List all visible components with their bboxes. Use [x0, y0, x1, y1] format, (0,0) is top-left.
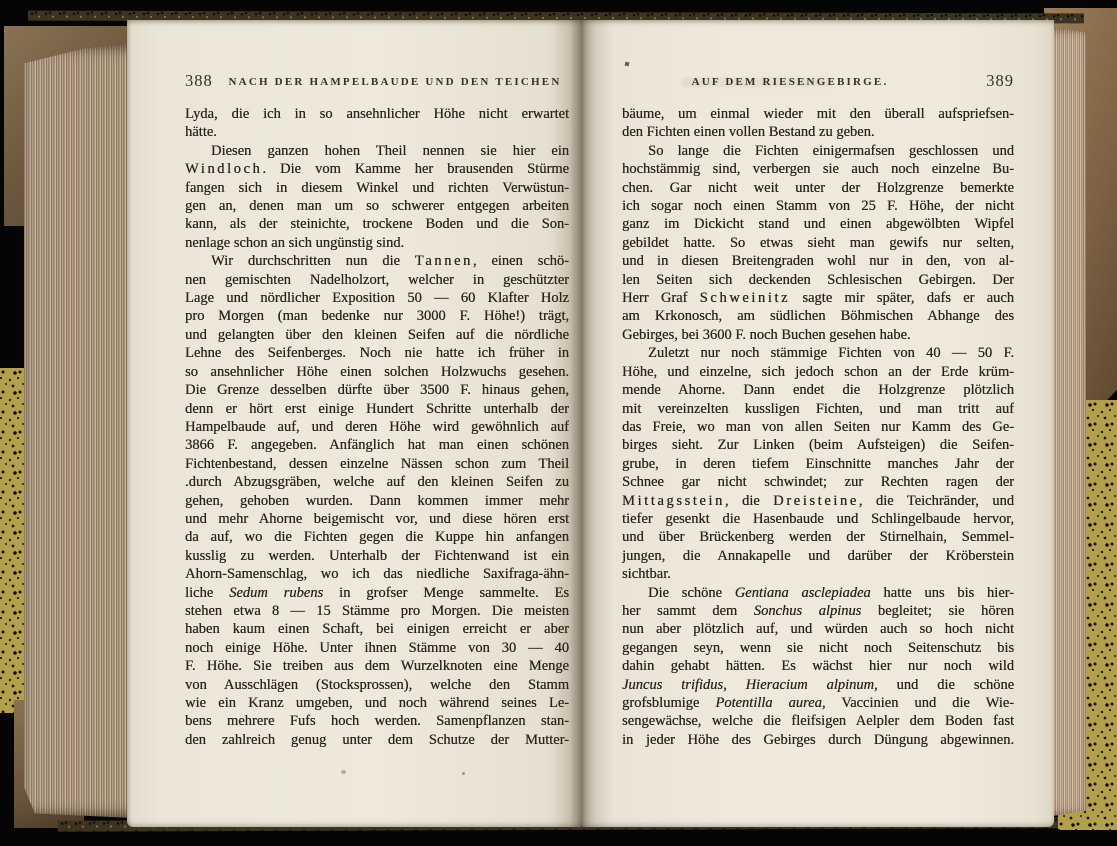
text-line: jungen, die Annakapelle und darüber der … [622, 547, 1014, 565]
text-line: ganz im Dickicht stand und einen abgewöl… [622, 215, 1014, 233]
page-left-content: 388 NACH DER HAMPELBAUDE UND DEN TEICHEN… [127, 20, 582, 827]
text-segment: Ahorn-Samenschlag, wo ich das niedliche … [185, 566, 569, 582]
text-line: ich sogar noch einen Stamm von 25 F. Höh… [622, 197, 1014, 215]
text-line: denn er hört erst einige Hundert Schritt… [185, 400, 569, 418]
text-segment: grofsblumige [622, 695, 715, 711]
text-segment: gen an, denen man um so schwerer entgege… [185, 198, 569, 214]
text-segment: mit vereinzelten kussligen Fichten, und … [622, 401, 1014, 417]
text-segment: Zuletzt nur noch stämmige Fichten von 40… [648, 345, 1014, 361]
show-through-smudge [682, 78, 832, 87]
text-line: Windloch. Die vom Kamme her brausenden S… [185, 160, 569, 178]
letterspaced-text: Mittagsstein [622, 493, 725, 509]
text-segment: sengewächse, welche die fleifsigen Aelpl… [622, 713, 1014, 729]
italic-text: Potentilla aurea [715, 695, 821, 711]
text-segment: da auf, wo die Fichten gegen die Kuppe h… [185, 529, 569, 545]
text-segment: den Fichten einen vollen Bestand zu gebe… [622, 124, 874, 140]
text-segment: bens mehrere Fufs hoch werden. Samenpfla… [185, 713, 569, 729]
letterspaced-text: Tannen [415, 253, 473, 269]
text-line: bens mehrere Fufs hoch werden. Samenpfla… [185, 712, 569, 730]
text-segment: birges sieht. Zur Linken (beim Aufsteige… [622, 437, 1014, 453]
text-segment: grube, in deren tiefem Einschnitte manch… [622, 456, 1014, 472]
text-segment: und in diesen Breitengraden wohl nur in … [622, 253, 1014, 269]
text-line: mende Ahorne. Dann endet die Holzgrenze … [622, 381, 1014, 399]
text-line: .durch Abzugsgräben, welche auf den klei… [185, 473, 569, 491]
paragraph: Diesen ganzen hohen Theil nennen sie hie… [185, 142, 569, 252]
text-line: tiefer gesenkt die Hasenbaude und Schlin… [622, 510, 1014, 528]
text-line: den zahlreich genug unter dem Schutze de… [185, 731, 569, 749]
text-line: Die schöne Gentiana asclepiadea hatte un… [622, 584, 1014, 602]
text-segment: das Freie, wo man von allen Seiten nur K… [622, 419, 1014, 435]
text-line: haben kaum einen Schaft, bei einigen err… [185, 620, 569, 638]
text-segment: nenlage schon an sich ungünstig sind. [185, 235, 404, 251]
text-line: Höhe, und einzelne, sich jedoch schon an… [622, 363, 1014, 381]
text-line: grube, in deren tiefem Einschnitte manch… [622, 455, 1014, 473]
page-left: 388 NACH DER HAMPELBAUDE UND DEN TEICHEN… [127, 20, 582, 827]
text-segment: Schnee gar nicht schwindet; zur Rechten … [622, 474, 1014, 490]
text-segment: , und die schöne [874, 677, 1014, 693]
text-segment: nen gemischten Nadelholzort, welcher in … [185, 272, 569, 288]
text-line: Zuletzt nur noch stämmige Fichten von 40… [622, 344, 1014, 362]
italic-text: Gentiana asclepiadea [735, 585, 871, 601]
text-line: gebildet hatte. So etwas sieht man gewif… [622, 234, 1014, 252]
text-segment: 3866 F. angegeben. Anfänglich hat man ei… [185, 437, 569, 453]
text-segment: So lange die Fichten einigermafsen gesch… [648, 143, 1014, 159]
text-line: Mittagsstein, die Dreisteine, die Teichr… [622, 492, 1014, 510]
text-line: fangen sich in diesem Winkel und richten… [185, 179, 569, 197]
text-segment: Die Grenze desselben dürfte über 3500 F.… [185, 382, 569, 398]
text-segment: , die [725, 493, 773, 509]
italic-text: Juncus trifidus [622, 677, 723, 693]
text-segment: .durch Abzugsgräben, welche auf den klei… [185, 474, 569, 490]
text-segment: und gelangten über den kleinen Seifen au… [185, 327, 569, 343]
italic-text: Sedum rubens [229, 585, 323, 601]
text-line: sichtbar. [622, 565, 1014, 583]
text-line: und mehr Ahorne beigemischt vor, und die… [185, 510, 569, 528]
foxing-spot [462, 772, 465, 775]
text-segment: F. Höhe. Sie treiben aus dem Wurzelknote… [185, 658, 569, 674]
page-right-content: AUF DEM RIESENGEBIRGE. 389 bäume, um ein… [582, 20, 1054, 827]
text-line: gegangen seyn, wenn sie nicht noch Seite… [622, 639, 1014, 657]
text-line: den Fichten einen vollen Bestand zu gebe… [622, 123, 1014, 141]
text-segment: und über Brückenberg werden der Stirnelh… [622, 529, 1014, 545]
text-line: stehen etwa 8 — 15 Stämme pro Morgen. Di… [185, 602, 569, 620]
text-segment: wie ein Kranz umgeben, und noch während … [185, 695, 569, 711]
text-line: 3866 F. angegeben. Anfänglich hat man ei… [185, 436, 569, 454]
text-line: gen an, denen man um so schwerer entgege… [185, 197, 569, 215]
text-line: von Ausschlägen (Stocksprossen), welche … [185, 676, 569, 694]
text-segment: so ansehnlicher Höhe einen solchen Holzw… [185, 364, 569, 380]
text-line: Die Grenze desselben dürfte über 3500 F.… [185, 381, 569, 399]
text-segment: stehen etwa 8 — 15 Stämme pro Morgen. Di… [185, 603, 569, 619]
book-scan: 388 NACH DER HAMPELBAUDE UND DEN TEICHEN… [0, 0, 1117, 846]
page-block-fore-edge-left [24, 44, 132, 818]
text-line: mit vereinzelten kussligen Fichten, und … [622, 400, 1014, 418]
text-line: Wir durchschritten nun die Tannen, einen… [185, 252, 569, 270]
text-segment: len Seiten sich deckenden Schlesischen G… [622, 272, 1014, 288]
text-segment: von Ausschlägen (Stocksprossen), welche … [185, 677, 569, 693]
text-segment: hätte. [185, 124, 217, 140]
page-number: 388 [185, 71, 213, 91]
text-segment: Höhe, und einzelne, sich jedoch schon an… [622, 364, 1014, 380]
text-line: chen. Gar nicht weit unter der Holzgrenz… [622, 179, 1014, 197]
text-segment: , einen schö- [473, 253, 569, 269]
letterspaced-text: Windloch [185, 161, 262, 177]
text-line: nenlage schon an sich ungünstig sind. [185, 234, 569, 252]
text-segment: den zahlreich genug unter dem Schutze de… [185, 732, 569, 748]
text-segment: gehen, gehoben wurden. Dann kommen immer… [185, 493, 569, 509]
text-segment: , die Teichränder, und [859, 493, 1014, 509]
text-segment: liche [185, 585, 229, 601]
text-line: in jeder Höhe des Gebirges durch Düngung… [622, 731, 1014, 749]
text-segment: Die schöne [648, 585, 735, 601]
text-line: da auf, wo die Fichten gegen die Kuppe h… [185, 528, 569, 546]
text-line: wie ein Kranz umgeben, und noch während … [185, 694, 569, 712]
text-segment: jungen, die Annakapelle und darüber der … [622, 548, 1014, 564]
text-segment: denn er hört erst einige Hundert Schritt… [185, 401, 569, 417]
text-segment: gebildet hatte. So etwas sieht man gewif… [622, 235, 1014, 251]
text-segment: hatte uns bis hier- [871, 585, 1014, 601]
text-line: Herr Graf Schweinitz sagte mir später, d… [622, 289, 1014, 307]
text-segment: und mehr Ahorne beigemischt vor, und die… [185, 511, 569, 527]
text-segment: sichtbar. [622, 566, 671, 582]
text-line: Gebirges, bei 3600 F. noch Buchen gesehe… [622, 326, 1014, 344]
text-line: kann, als der steinichte, trockene Boden… [185, 215, 569, 233]
text-line: Lehne des Seifenberges. Noch nie hatte i… [185, 344, 569, 362]
text-segment: Lyda, die ich in so ansehnlicher Höhe ni… [185, 106, 569, 122]
text-line: hätte. [185, 123, 569, 141]
text-segment: , Vaccinien und die Wie- [822, 695, 1014, 711]
text-segment: Wir durchschritten nun die [211, 253, 415, 269]
text-segment: pro Morgen (man bedenke nur 3000 F. Höhe… [185, 308, 569, 324]
text-line: her sammt dem Sonchus alpinus begleitet;… [622, 602, 1014, 620]
page-left-header: 388 NACH DER HAMPELBAUDE UND DEN TEICHEN [185, 74, 569, 92]
text-segment: ich sogar noch einen Stamm von 25 F. Höh… [622, 198, 1014, 214]
page-number: 389 [986, 71, 1014, 91]
text-segment: Lage und nördlicher Exposition 50 — 60 K… [185, 290, 569, 306]
letterspaced-text: Schweinitz [700, 290, 790, 306]
paragraph: Lyda, die ich in so ansehnlicher Höhe ni… [185, 105, 569, 142]
paragraph: Die schöne Gentiana asclepiadea hatte un… [622, 584, 1014, 750]
text-segment: nun aber plötzlich auf, und würden auch … [622, 621, 1014, 637]
text-line: Ahorn-Samenschlag, wo ich das niedliche … [185, 565, 569, 583]
page-right-header: AUF DEM RIESENGEBIRGE. 389 [622, 74, 1014, 92]
paragraph: Wir durchschritten nun die Tannen, einen… [185, 252, 569, 749]
text-line: und gelangten über den kleinen Seifen au… [185, 326, 569, 344]
text-segment: . Die vom Kamme her brausenden Stürme [262, 161, 569, 177]
text-line: so ansehnlicher Höhe einen solchen Holzw… [185, 363, 569, 381]
text-segment: am Krkonosch, am südlichen Böhmischen Ab… [622, 308, 1014, 324]
text-line: nen gemischten Nadelholzort, welcher in … [185, 271, 569, 289]
text-segment: , [723, 677, 746, 693]
text-line: Schnee gar nicht schwindet; zur Rechten … [622, 473, 1014, 491]
italic-text: Hieracium alpinum [746, 677, 874, 693]
text-segment: Lehne des Seifenberges. Noch nie hatte i… [185, 345, 569, 361]
text-segment: Herr Graf [622, 290, 700, 306]
page-left-body: Lyda, die ich in so ansehnlicher Höhe ni… [185, 105, 569, 749]
text-line: pro Morgen (man bedenke nur 3000 F. Höhe… [185, 307, 569, 325]
text-segment: Gebirges, bei 3600 F. noch Buchen gesehe… [622, 327, 911, 343]
text-line: gehen, gehoben wurden. Dann kommen immer… [185, 492, 569, 510]
text-line: dahin gehabt hätten. Es wächst hier nur … [622, 657, 1014, 675]
text-line: birges sieht. Zur Linken (beim Aufsteige… [622, 436, 1014, 454]
text-line: len Seiten sich deckenden Schlesischen G… [622, 271, 1014, 289]
letterspaced-text: Dreisteine [773, 493, 859, 509]
text-line: F. Höhe. Sie treiben aus dem Wurzelknote… [185, 657, 569, 675]
text-line: das Freie, wo man von allen Seiten nur K… [622, 418, 1014, 436]
text-segment: kann, als der steinichte, trockene Boden… [185, 216, 569, 232]
text-line: bäume, um einmal wieder mit den überall … [622, 105, 1014, 123]
text-line: noch einige Höhe. Unter ihnen Stämme von… [185, 639, 569, 657]
text-segment: gegangen seyn, wenn sie nicht noch Seite… [622, 640, 1014, 656]
text-line: grofsblumige Potentilla aurea, Vaccinien… [622, 694, 1014, 712]
text-line: Fichtenbestand, dessen einzelne Nässen s… [185, 455, 569, 473]
text-line: sengewächse, welche die fleifsigen Aelpl… [622, 712, 1014, 730]
text-segment: in jeder Höhe des Gebirges durch Düngung… [622, 732, 1014, 748]
text-segment: mende Ahorne. Dann endet die Holzgrenze … [622, 382, 1014, 398]
text-segment: in grofser Menge sammelte. Es [323, 585, 569, 601]
text-line: Lyda, die ich in so ansehnlicher Höhe ni… [185, 105, 569, 123]
text-line: Lage und nördlicher Exposition 50 — 60 K… [185, 289, 569, 307]
running-title: NACH DER HAMPELBAUDE UND DEN TEICHEN [185, 74, 569, 88]
ink-spot [625, 62, 630, 67]
text-line: nun aber plötzlich auf, und würden auch … [622, 620, 1014, 638]
page-right: AUF DEM RIESENGEBIRGE. 389 bäume, um ein… [582, 20, 1054, 827]
text-segment: noch einige Höhe. Unter ihnen Stämme von… [185, 640, 569, 656]
paragraph: Zuletzt nur noch stämmige Fichten von 40… [622, 344, 1014, 583]
text-line: Diesen ganzen hohen Theil nennen sie hie… [185, 142, 569, 160]
paragraph: bäume, um einmal wieder mit den überall … [622, 105, 1014, 142]
text-segment: Diesen ganzen hohen Theil nennen sie hie… [211, 143, 569, 159]
text-line: und in diesen Breitengraden wohl nur in … [622, 252, 1014, 270]
text-segment: kusslig zu werden. Unterhalb der Fichten… [185, 548, 569, 564]
text-segment: haben kaum einen Schaft, bei einigen err… [185, 621, 569, 637]
text-line: Hampelbaude auf, und deren Höhe wird gew… [185, 418, 569, 436]
text-segment: chen. Gar nicht weit unter der Holzgrenz… [622, 180, 1014, 196]
text-line: kusslig zu werden. Unterhalb der Fichten… [185, 547, 569, 565]
italic-text: Sonchus alpinus [754, 603, 862, 619]
text-segment: ganz im Dickicht stand und einen abgewöl… [622, 216, 1014, 232]
text-line: hochstämmig sind, verbergen sie auch noc… [622, 160, 1014, 178]
paragraph: So lange die Fichten einigermafsen gesch… [622, 142, 1014, 344]
text-segment: Fichtenbestand, dessen einzelne Nässen s… [185, 456, 569, 472]
text-segment: begleitet; sie hören [861, 603, 1014, 619]
text-line: So lange die Fichten einigermafsen gesch… [622, 142, 1014, 160]
text-segment: bäume, um einmal wieder mit den überall … [622, 106, 1014, 122]
text-segment: Hampelbaude auf, und deren Höhe wird gew… [185, 419, 569, 435]
text-segment: sagte mir später, dafs er auch [790, 290, 1014, 306]
text-line: Juncus trifidus, Hieracium alpinum, und … [622, 676, 1014, 694]
text-segment: tiefer gesenkt die Hasenbaude und Schlin… [622, 511, 1014, 527]
text-segment: hochstämmig sind, verbergen sie auch noc… [622, 161, 1014, 177]
text-line: und über Brückenberg werden der Stirnelh… [622, 528, 1014, 546]
text-segment: her sammt dem [622, 603, 754, 619]
text-segment: fangen sich in diesem Winkel und richten… [185, 180, 569, 196]
text-line: liche Sedum rubens in grofser Menge samm… [185, 584, 569, 602]
page-right-body: bäume, um einmal wieder mit den überall … [622, 105, 1014, 749]
text-line: am Krkonosch, am südlichen Böhmischen Ab… [622, 307, 1014, 325]
foxing-spot [341, 770, 346, 774]
text-segment: dahin gehabt hätten. Es wächst hier nur … [622, 658, 1014, 674]
